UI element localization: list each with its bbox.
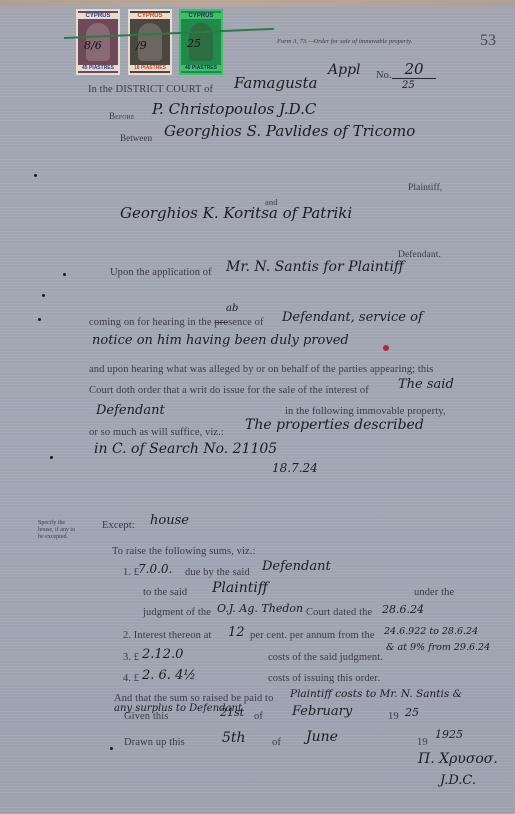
given-label: Given this <box>124 711 168 722</box>
district-name: Famagusta <box>234 74 317 92</box>
item4-label: costs of issuing this order. <box>268 673 380 684</box>
page-number: 53 <box>480 32 496 50</box>
revenue-stamp-1: CYPRUS 8/6 45 PIASTRES <box>76 9 120 75</box>
item4-num: 4. £ <box>123 673 139 684</box>
plaintiff-label: Plaintiff, <box>408 183 442 193</box>
item1-num: 1. £ <box>123 567 139 578</box>
item1-due: due by the said <box>185 567 250 578</box>
property-date: 18.7.24 <box>272 461 318 475</box>
presence-rest: sence of <box>228 317 264 328</box>
property-line: in the following immovable property, <box>285 406 446 417</box>
revenue-stamp-3: CYPRUS 25 45 PIASTRES <box>179 9 223 75</box>
judge-name: P. Christopoulos J.D.C <box>152 100 316 118</box>
margin-note: Specify the house, if any to be excepted… <box>38 520 78 541</box>
except-label: Except: <box>102 520 135 531</box>
stamp-country: CYPRUS <box>181 13 221 19</box>
margin-dot <box>42 294 45 297</box>
property-hand-1: The properties described <box>245 417 424 433</box>
paper-edge <box>0 0 515 6</box>
given-day: 21st <box>220 706 244 719</box>
item2-dates: 24.6.922 to 28.6.24 <box>384 626 478 637</box>
item1-judgment: judgment of the <box>143 607 211 618</box>
drawn-year: 1925 <box>435 728 463 741</box>
except-value: house <box>150 513 189 528</box>
stamp-value: 18 PIASTRES <box>130 65 170 71</box>
number-label: No. <box>376 70 392 81</box>
plaintiff-name: Georghios S. Pavlides of Tricomo <box>164 122 415 140</box>
judge-signature: Π. Χρυσοσ. <box>418 751 498 767</box>
item1-under: under the <box>414 587 454 598</box>
revenue-stamp-2: CYPRUS /9 18 PIASTRES <box>128 9 172 75</box>
item1-to: to the said <box>143 587 187 598</box>
stamp-cancellation: 8/6 <box>84 39 102 52</box>
item2-prefix: 2. Interest thereon at <box>123 630 212 641</box>
margin-dot <box>110 747 113 750</box>
stamp-value: 45 PIASTRES <box>78 65 118 71</box>
stamp-cancellation: 25 <box>187 37 201 50</box>
item2-mid: per cent. per annum from the <box>250 630 375 641</box>
interest-of-hand-2: Defendant <box>96 403 165 418</box>
hearing-prefix: coming on for hearing in the presence of <box>89 317 264 328</box>
case-number: 20 <box>392 60 436 79</box>
interest-of-hand-1: The said <box>398 377 454 392</box>
margin-dot <box>34 174 37 177</box>
item1-court-dated: Court dated the <box>306 607 372 618</box>
drawn-of: of <box>272 737 281 748</box>
inserted-ab: ab <box>226 303 238 314</box>
signature-title: J.D.C. <box>440 773 476 788</box>
suffice-line: or so much as will suffice, viz.: <box>89 427 224 438</box>
court-order-document: CYPRUS 8/6 45 PIASTRES CYPRUS /9 18 PIAS… <box>0 0 515 814</box>
item2-extra: & at 9% from 29.6.24 <box>386 642 490 653</box>
before-label: Before <box>109 111 135 121</box>
hearing-prefix-text: coming on for hearing in the <box>89 317 212 328</box>
drawn-day: 5th <box>222 730 246 746</box>
item1-creditor: Plaintiff <box>212 580 268 596</box>
applicant-name: Mr. N. Santis for Plaintiff <box>226 259 404 275</box>
item1-date: 28.6.24 <box>382 603 424 616</box>
drawn-month: June <box>306 729 338 745</box>
stamp-country: CYPRUS <box>78 13 118 19</box>
sums-intro: To raise the following sums, viz.: <box>112 546 256 557</box>
margin-dot <box>50 456 53 459</box>
order-line: Court doth order that a writ do issue fo… <box>89 385 369 396</box>
hearing-line: and upon hearing what was alleged by or … <box>89 364 433 375</box>
given-month: February <box>292 704 352 719</box>
item3-amount: 2.12.0 <box>142 647 183 662</box>
item3-num: 3. £ <box>123 652 139 663</box>
given-of: of <box>254 711 263 722</box>
given-year: 25 <box>405 706 419 719</box>
item2-rate: 12 <box>228 625 245 640</box>
given-year-prefix: 19 <box>388 711 399 722</box>
struck-text: pre <box>214 317 228 328</box>
drawn-year-prefix: 19 <box>417 737 428 748</box>
case-year: 25 <box>402 80 415 91</box>
item1-amount: 7.0.0. <box>138 562 172 576</box>
stamp-value: 45 PIASTRES <box>181 65 221 71</box>
hearing-hand-line-2: notice on him having been duly proved <box>92 333 349 348</box>
item1-court: O.J. Ag. Thedon <box>217 602 303 615</box>
form-reference: Form 3, 73.—Order for sale of immovable … <box>277 38 412 45</box>
drawn-label: Drawn up this <box>124 737 185 748</box>
stamp-country: CYPRUS <box>130 13 170 19</box>
margin-dot <box>63 273 66 276</box>
defendant-label: Defendant. <box>398 250 441 260</box>
item3-label: costs of the said judgment. <box>268 652 383 663</box>
between-label: Between <box>120 133 152 143</box>
item4-amount: 2. 6. 4½ <box>142 668 196 683</box>
paid-hand-1: Plaintiff costs to Mr. N. Santis & <box>290 688 462 700</box>
appl-note: Appl <box>328 62 361 78</box>
wax-seal-mark <box>383 345 389 351</box>
margin-dot <box>38 318 41 321</box>
item1-debtor: Defendant <box>262 559 331 574</box>
defendant-name: Georghios K. Koritsa of Patriki <box>120 204 352 222</box>
property-hand-2: in C. of Search No. 21105 <box>94 441 277 457</box>
court-label: In the DISTRICT COURT of <box>88 84 213 95</box>
stamp-cancellation: /9 <box>136 39 147 52</box>
hearing-hand-line-1: Defendant, service of <box>282 310 423 325</box>
application-label: Upon the application of <box>110 267 212 278</box>
